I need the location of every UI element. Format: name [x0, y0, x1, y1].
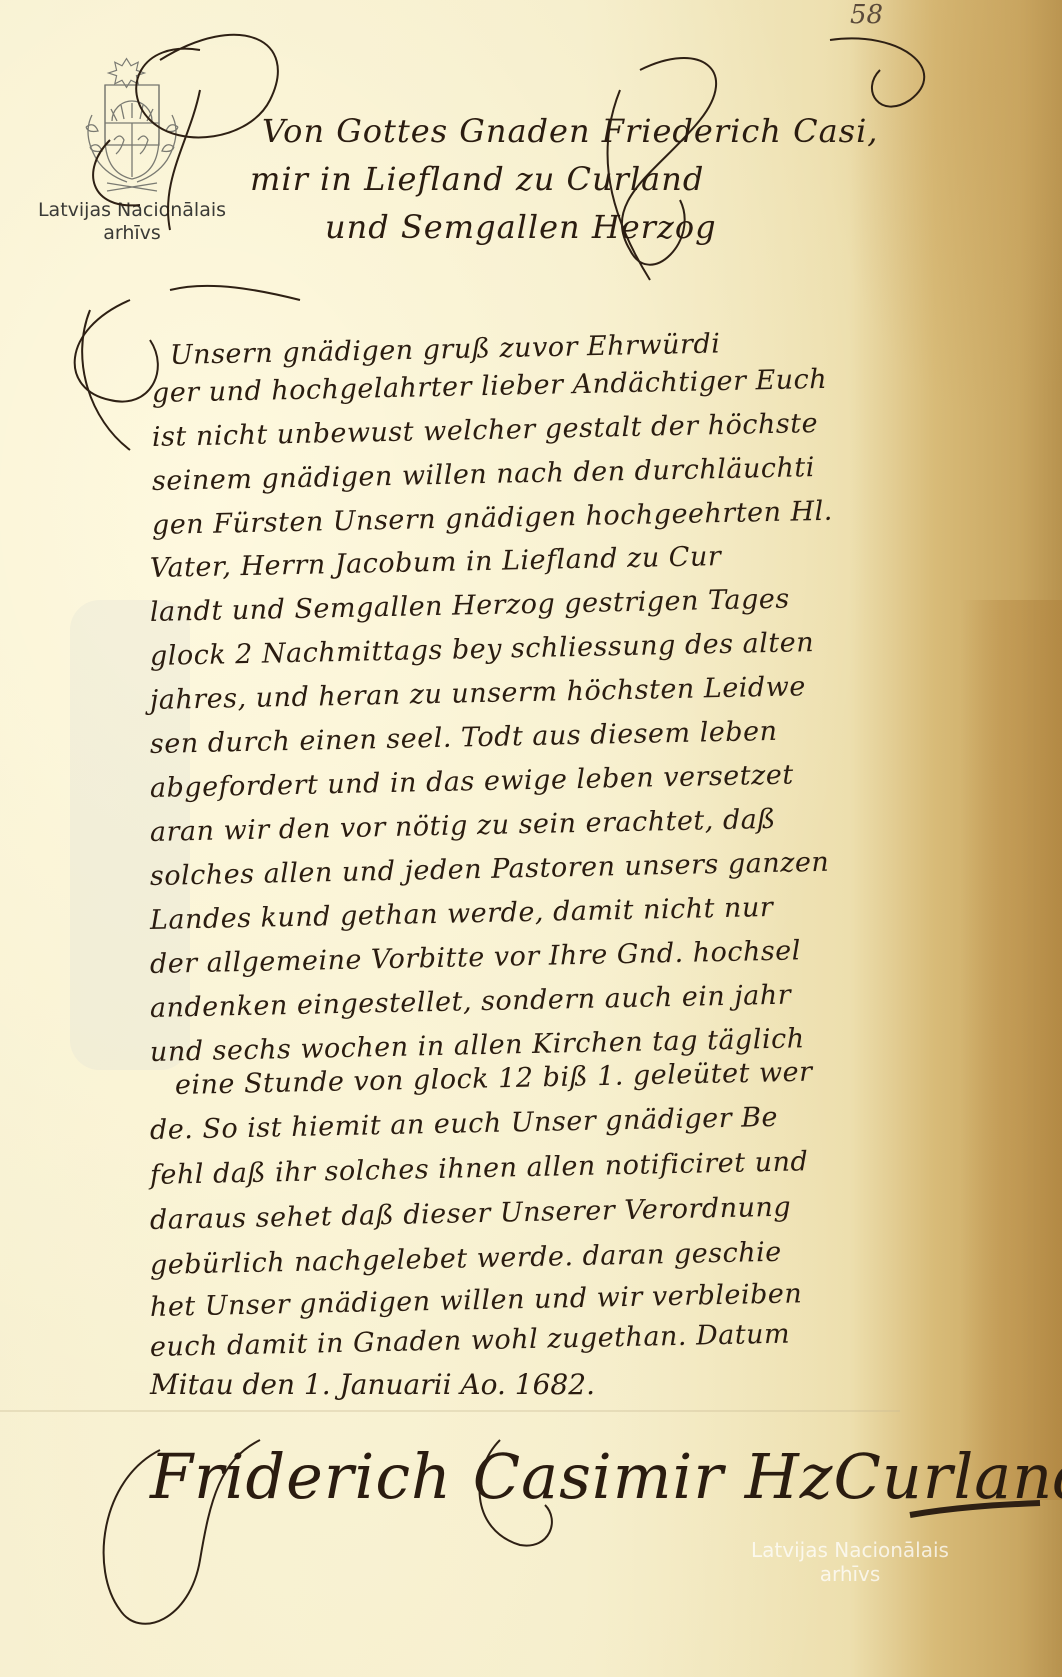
archive-watermark-bottom: Latvijas Nacionālais arhīvs [700, 1538, 1000, 1586]
header-line-3: und Semgallen Herzog [325, 208, 717, 246]
paper-fold-line [0, 1410, 900, 1412]
signature: Friderich Casimir HzCurland [150, 1440, 1062, 1513]
archive-watermark-label: Latvijas Nacionālais arhīvs [22, 199, 242, 245]
archive-name-line2: arhīvs [22, 222, 242, 245]
date-line: Mitau den 1. Januarii Ao. 1682. [150, 1368, 595, 1401]
header-line-2: mir in Liefland zu Curland [250, 160, 704, 198]
latvia-coat-of-arms-icon [72, 55, 192, 195]
archive-name-line1: Latvijas Nacionālais [22, 199, 242, 222]
archive-name-line1: Latvijas Nacionālais [700, 1538, 1000, 1562]
paper-stain [820, 0, 1062, 420]
header-line-1: Von Gottes Gnaden Friederich Casi, [262, 112, 878, 150]
page-number: 58 [850, 0, 883, 30]
archive-watermark-top: Latvijas Nacionālais arhīvs [22, 55, 242, 245]
paper-edge-stain [960, 600, 1062, 1500]
archive-name-line2: arhīvs [700, 1562, 1000, 1586]
